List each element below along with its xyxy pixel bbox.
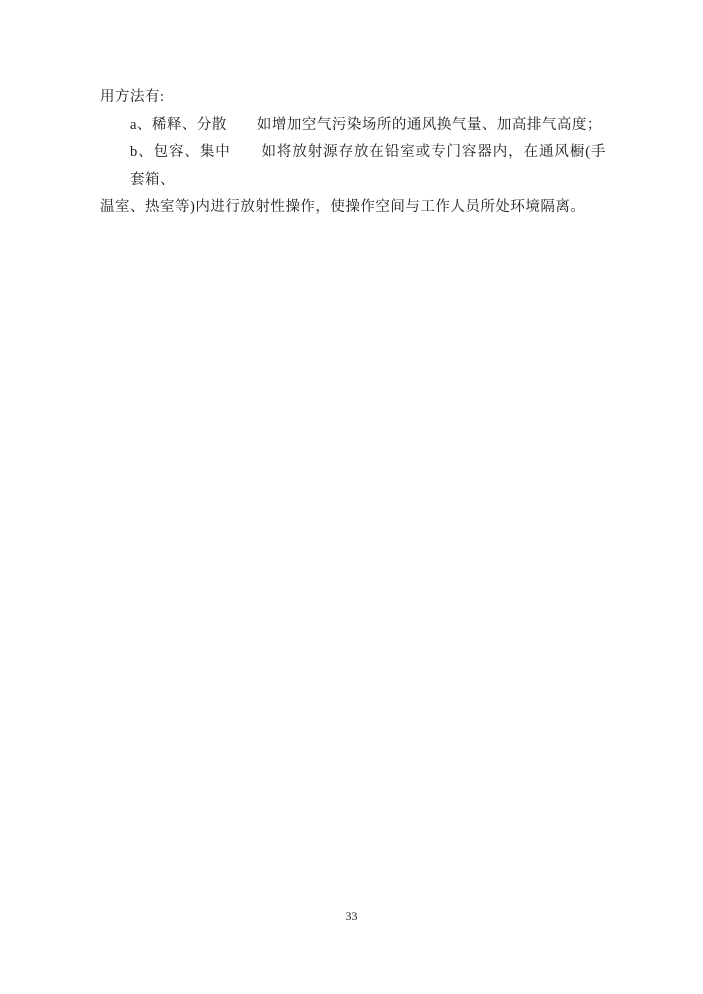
- text-line-item-b: b、包容、集中 如将放射源存放在铅室或专门容器内，在通风橱(手套箱、: [100, 139, 606, 194]
- text-line-paragraph-tail: 用方法有:: [100, 84, 606, 112]
- body-text: 用方法有: a、稀释、分散 如增加空气污染场所的通风换气量、加高排气高度； b、…: [100, 84, 606, 222]
- page-number: 33: [0, 909, 703, 924]
- text-line-item-b-continued: 温室、热室等)内进行放射性操作，使操作空间与工作人员所处环境隔离。: [100, 194, 606, 222]
- text-line-item-a: a、稀释、分散 如增加空气污染场所的通风换气量、加高排气高度；: [100, 112, 606, 140]
- document-page: 用方法有: a、稀释、分散 如增加空气污染场所的通风换气量、加高排气高度； b、…: [0, 0, 703, 994]
